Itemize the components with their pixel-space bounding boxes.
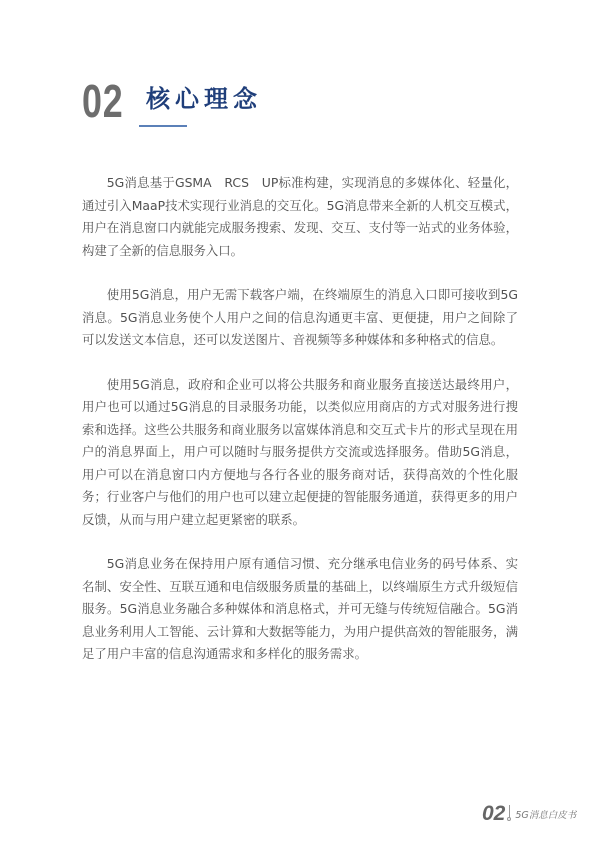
document-title: 5G消息白皮书 bbox=[515, 807, 576, 821]
paragraph-4: 5G消息业务在保持用户原有通信习惯、充分继承电信业务的码号体系、实名制、安全性、… bbox=[82, 553, 518, 666]
section-heading: 02 核心理念 bbox=[82, 80, 262, 130]
paragraph-3: 使用5G消息，政府和企业可以将公共服务和商业服务直接送达最终用户，用户也可以通过… bbox=[82, 374, 518, 532]
page-number: 02 bbox=[482, 802, 505, 826]
section-number: 02 bbox=[82, 80, 123, 122]
pin-marker-icon bbox=[506, 805, 512, 823]
title-underline bbox=[139, 125, 187, 127]
body-text: 5G消息基于GSMA RCS UP标准构建，实现消息的多媒体化、轻量化，通过引入… bbox=[82, 172, 518, 688]
paragraph-2: 使用5G消息，用户无需下载客户端，在终端原生的消息入口即可接收到5G消息。5G消… bbox=[82, 284, 518, 352]
paragraph-1: 5G消息基于GSMA RCS UP标准构建，实现消息的多媒体化、轻量化，通过引入… bbox=[82, 172, 518, 262]
page-footer: 02 5G消息白皮书 bbox=[482, 802, 576, 826]
section-title: 核心理念 bbox=[146, 84, 262, 114]
